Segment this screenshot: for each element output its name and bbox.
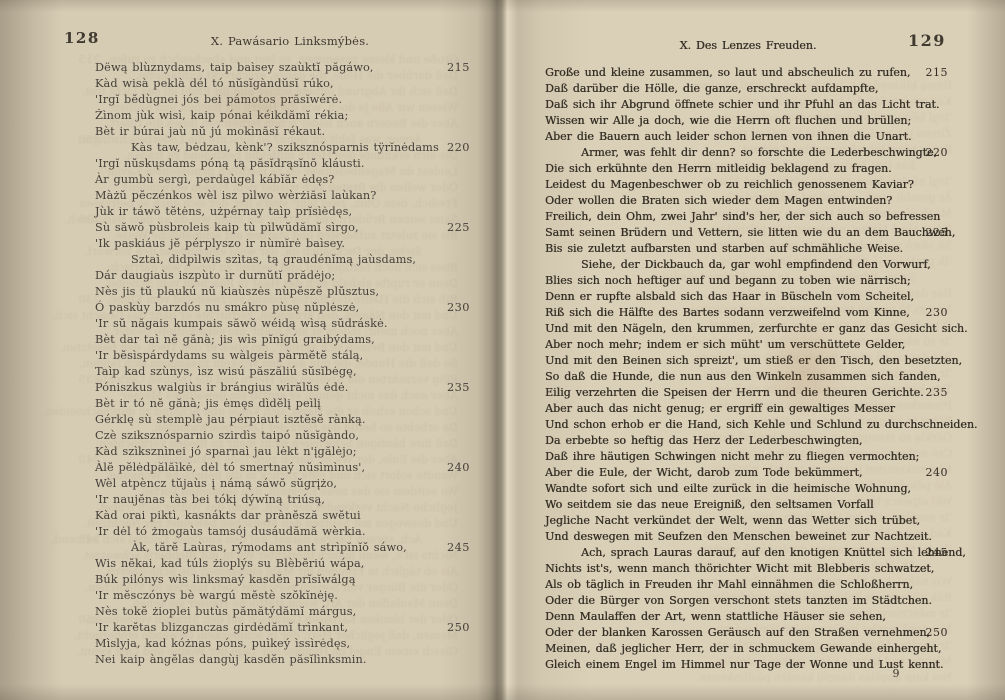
page-edge-shadow-top [0,0,1005,12]
verse-line: Aber noch mehr; indem er sich müht' um v… [545,337,948,353]
poem-right-german: Große und kleine zusammen, so laut und a… [545,65,948,673]
verse-line: So daß die Hunde, die nun aus den Winkel… [545,369,948,385]
verse-text: 'Irgĭ nŭskųsdams póną tą păsĭdrąsĭnŏ klá… [95,157,365,170]
page-edge-shadow-left [0,0,62,700]
verse-line: Kàd szìksznìnei jó sparnaì jau lėkt n'įg… [95,444,470,460]
verse-text: Gleich einem Engel im Himmel nur Tage de… [545,658,943,671]
verse-line: Leidest du Magenbeschwer ob zu reichlich… [545,177,948,193]
verse-line: Sztaì, didpìlwis szìtas, tą graudénĭmą j… [95,252,470,268]
verse-text: Czè sziksznósparnio szirdìs taipó nŭsĭgà… [95,429,359,442]
verse-text: Oder der blanken Karossen Geräusch auf d… [545,626,930,639]
verse-text: Wandte sofort sich und eilte zurück in d… [545,482,911,495]
verse-text: Dëwą blùznydams, taip baìsey szaùktĭ păg… [95,61,374,74]
verse-text: 'Ir dėl tó żmogaùs tamsój dusáudămă wèrk… [95,525,366,538]
verse-line: Da erbebte so heftig das Herz der Lederb… [545,433,948,449]
running-title-right: X. Des Lenzes Freuden. [558,39,938,52]
verse-line: Aber die Bauern auch leider schon lernen… [545,129,948,145]
verse-text: Bèt dar taì nĕ gănà; jis wìs pĭnĭgú grai… [95,333,375,346]
verse-line-number: 240 [447,460,470,476]
verse-text: Oder wollen die Braten sich wieder dem M… [545,194,892,207]
verse-line: Żìnom jùk wisì, kaip pónai kéikdămĭ réki… [95,108,470,124]
verse-line: Oder wollen die Braten sich wieder dem M… [545,193,948,209]
verse-text: Aber die Eule, der Wicht, darob zum Tode… [545,466,862,479]
verse-text: Màżŭ pĕczénkos wèl isz pìlwo wèrżiăsĭ la… [95,189,376,202]
verse-line: Czè sziksznósparnio szirdìs taipó nŭsĭgà… [95,428,470,444]
verse-text: Nei kaip àngĕlas dangùj kasdĕn păsĭlìnks… [95,653,367,666]
verse-line: 'Irgĭ nŭskųsdams póną tą păsĭdrąsĭnŏ klá… [95,156,470,172]
verse-line: Àlĕ pĕlėdpălăìkė, dėl tó smertnaý nŭsìmì… [95,460,470,476]
verse-line-number: 215 [447,60,470,76]
verse-line: Wo seitdem sie das neue Ereigniß, den se… [545,497,948,513]
verse-text: Daß sich ihr Abgrund öffnete schier und … [545,98,939,111]
verse-line: Wandte sofort sich und eilte zurück in d… [545,481,948,497]
verse-line-number: 230 [926,305,949,321]
verse-line: Oder die Bürger von Sorgen verschont ste… [545,593,948,609]
verse-line: Große und kleine zusammen, so laut und a… [545,65,948,81]
verse-line: Gérklę sù stemplè jau pérpiaut isztĕsĕ r… [95,412,470,428]
verse-line: Wissen wir Alle ja doch, wie die Herrn o… [545,113,948,129]
verse-line-number: 250 [926,625,949,641]
page-number-right: 129 [908,31,946,50]
verse-text: Sù săwŏ pùsbroleis kaip tù pìlwŭdămĭ sìr… [95,221,359,234]
verse-line: Sù săwŏ pùsbroleis kaip tù pìlwŭdămĭ sìr… [95,220,470,236]
verse-line-number: 245 [447,540,470,556]
verse-line: Dëwą blùznydams, taip baìsey szaùktĭ păg… [95,60,470,76]
verse-text: Und schon erhob er die Hand, sich Kehle … [545,418,977,431]
verse-line-number: 225 [447,220,470,236]
verse-line: Aber auch das nicht genug; er ergriff ei… [545,401,948,417]
verse-line: Eilig verzehrten die Speisen der Herrn u… [545,385,948,401]
page-edge-shadow-right [967,0,1005,700]
verse-text: Wo seitdem sie das neue Ereigniß, den se… [545,498,874,511]
verse-line: 'Irgĭ bĕdùgnei jós bei pámotos prăsĭwérė… [95,92,470,108]
verse-line: Ach, sprach Lauras darauf, auf den knoti… [545,545,948,561]
verse-text: Meinen, daß jeglicher Herr, der in schmu… [545,642,941,655]
verse-text: Mìslyja, kad kóżnas póns, puìkeý ìssìrėd… [95,637,350,650]
verse-line: Als ob täglich in Freuden ihr Mahl einnä… [545,577,948,593]
verse-text: Freilich, dein Ohm, zwei Jahr' sind's he… [545,210,940,223]
verse-text: Da erbebte so heftig das Herz der Lederb… [545,434,862,447]
page-number-left: 128 [64,29,100,47]
verse-text: Und mit den Beinen sich spreizt', um sti… [545,354,962,367]
verse-text: Jegliche Nacht verkündet der Welt, wenn … [545,514,920,527]
verse-text: Daß ihre häutigen Schwingen nicht mehr z… [545,450,919,463]
verse-text: Daß darüber die Hölle, die ganze, erschr… [545,82,878,95]
verse-line-number: 235 [926,385,949,401]
verse-line: Kàs taw, bėdzau, kènk'? sziksznósparnis … [95,140,470,156]
verse-line-number: 250 [447,620,470,636]
verse-line: Bèt ir búrai jaù nŭ jú mokìnăsĭ rékaut. [95,124,470,140]
verse-text: Żìnom jùk wisì, kaip pónai kéikdămĭ réki… [95,109,348,122]
verse-line: 'Ir naujĕnas tàs bei tókį dýwĭną triúsą, [95,492,470,508]
verse-text: Und deswegen mit Seufzen den Menschen be… [545,530,932,543]
verse-line: Samt seinen Brüdern und Vettern, sie lit… [545,225,948,241]
verse-text: Denn er rupfte alsbald sich das Haar in … [545,290,914,303]
verse-text: Leidest du Magenbeschwer ob zu reichlich… [545,178,914,191]
verse-line: Dár daugiaùs iszpùto ìr durnŭtĭ prădėjo; [95,268,470,284]
verse-line: Die sich erkühnte den Herrn mitleidig be… [545,161,948,177]
verse-line: Armer, was fehlt dir denn? so forschte d… [545,145,948,161]
verse-text: Armer, was fehlt dir denn? so forschte d… [581,146,937,159]
verse-line: Nès jis tŭ plaukú nŭ kiaùszės nùpĕszĕ pl… [95,284,470,300]
verse-text: Große und kleine zusammen, so laut und a… [545,66,910,79]
verse-text: Blies sich noch heftiger auf und begann … [545,274,911,287]
verse-line: Daß ihre häutigen Schwingen nicht mehr z… [545,449,948,465]
verse-line: Jùk ir táwŏ tĕtėns, użpérnay taìp prĭsìė… [95,204,470,220]
verse-text: Dár daugiaùs iszpùto ìr durnŭtĭ prădėjo; [95,269,335,282]
verse-line: Màżŭ pĕczénkos wèl isz pìlwo wèrżiăsĭ la… [95,188,470,204]
verse-line: Und mit den Beinen sich spreizt', um sti… [545,353,948,369]
verse-text: Kàs taw, bėdzau, kènk'? sziksznósparnis … [131,141,439,154]
verse-text: Sztaì, didpìlwis szìtas, tą graudénĭmą j… [131,253,416,266]
verse-text: So daß die Hunde, die nun aus den Winkel… [545,370,940,383]
verse-line: 'Ik paskiáus jĕ pérplyszo ir nùmĭrė baìs… [95,236,470,252]
verse-text: Aber die Bauern auch leider schon lernen… [545,130,912,143]
verse-line-number: 240 [926,465,949,481]
verse-line: Siehe, der Dickbauch da, gar wohl empfin… [545,257,948,273]
verse-line: Póniszkus walgiùs ir brángius wirălŭs ėd… [95,380,470,396]
book-spread-scan: { "colors": { "paper": "#d6cbb3", "ink_l… [0,0,1005,700]
verse-line: Und schon erhob er die Hand, sich Kehle … [545,417,948,433]
verse-text: Wis nĕkai, kad túls żioplýs su Blèbĕriú … [95,557,364,570]
verse-line: Nichts ist's, wenn manch thörichter Wich… [545,561,948,577]
verse-text: 'Ir bĕsìspárdydams su wàlgeis pàrmĕtĕ st… [95,349,363,362]
verse-text: Und mit den Nägeln, den krummen, zerfurc… [545,322,967,335]
verse-line: Kàd wisà peklà dél tó nŭsĭgàndŭsĭ rúko, [95,76,470,92]
verse-line: Riß sich die Hälfte des Bartes sodann ve… [545,305,948,321]
verse-text: Àk, tărĕ Laùras, rýmodams ant strìpĭnĭŏ … [131,541,407,554]
verse-text: 'Ir naujĕnas tàs bei tókį dýwĭną triúsą, [95,493,325,506]
verse-text: 'Irgĭ bĕdùgnei jós bei pámotos prăsĭwérė… [95,93,342,106]
verse-line: 'Ir dėl tó żmogaùs tamsój dusáudămă wèrk… [95,524,470,540]
verse-line-number: 220 [447,140,470,156]
verse-line: Kàd orai piktì, kasnákts dar prànĕsză sw… [95,508,470,524]
verse-text: Eilig verzehrten die Speisen der Herrn u… [545,386,924,399]
verse-line: 'Ir bĕsìspárdydams su wàlgeis pàrmĕtĕ st… [95,348,470,364]
verse-text: Aber auch das nicht genug; er ergriff ei… [545,402,895,415]
verse-text: Riß sich die Hälfte des Bartes sodann ve… [545,306,910,319]
poem-left-lithuanian: Dëwą blùznydams, taip baìsey szaùktĭ păg… [95,60,470,668]
signature-mark: 9 [886,667,906,680]
verse-text: Ach, sprach Lauras darauf, auf den knoti… [581,546,966,559]
verse-text: Die sich erkühnte den Herrn mitleidig be… [545,162,892,175]
verse-text: Nichts ist's, wenn manch thörichter Wich… [545,562,934,575]
verse-line: Ó paskùy barzdós nu smákro pùsę nŭplėszė… [95,300,470,316]
verse-text: 'Ir sŭ năgais kumpais săwŏ wéidą wìsą sŭ… [95,317,388,330]
verse-line: Nei kaip àngĕlas dangùj kasdĕn păsĭlìnks… [95,652,470,668]
verse-text: 'Ir mĕsczónys bè wargú mĕstè szŏkĭnėję. [95,589,338,602]
verse-text: Kàd orai piktì, kasnákts dar prànĕsză sw… [95,509,361,522]
verse-line-number: 215 [926,65,949,81]
verse-line: Jegliche Nacht verkündet der Welt, wenn … [545,513,948,529]
verse-line: Aber die Eule, der Wicht, darob zum Tode… [545,465,948,481]
verse-text: Kàd wisà peklà dél tó nŭsĭgàndŭsĭ rúko, [95,77,334,90]
verse-text: Taìp kad szùnys, ìsz wisú păszăliú sŭsĭb… [95,365,357,378]
verse-line: Freilich, dein Ohm, zwei Jahr' sind's he… [545,209,948,225]
verse-line: 'Ir sŭ năgais kumpais săwŏ wéidą wìsą sŭ… [95,316,470,332]
verse-line: Denn er rupfte alsbald sich das Haar in … [545,289,948,305]
page-edge-shadow-bottom [0,684,1005,700]
verse-text: Kàd szìksznìnei jó sparnaì jau lėkt n'įg… [95,445,357,458]
verse-text: Gérklę sù stemplè jau pérpiaut isztĕsĕ r… [95,413,366,426]
verse-text: Nès jis tŭ plaukú nŭ kiaùszės nùpĕszĕ pl… [95,285,379,298]
verse-line-number: 235 [447,380,470,396]
verse-line: Wèl atpèncz tŭjaùs į námą sáwŏ sŭgrįżo, [95,476,470,492]
verse-line: Àk, tărĕ Laùras, rýmodams ant strìpĭnĭŏ … [95,540,470,556]
verse-line: Bèt ir tó nĕ gănà; jis ėmęs dìdĕlį peìlį [95,396,470,412]
verse-line-number: 220 [926,145,949,161]
verse-line: Taìp kad szùnys, ìsz wisú păszăliú sŭsĭb… [95,364,470,380]
verse-line: Daß darüber die Hölle, die ganze, erschr… [545,81,948,97]
verse-text: Samt seinen Brüdern und Vettern, sie lit… [545,226,955,239]
verse-line: Und deswegen mit Seufzen den Menschen be… [545,529,948,545]
verse-line: 'Ir mĕsczónys bè wargú mĕstè szŏkĭnėję. [95,588,470,604]
verse-line: Wis nĕkai, kad túls żioplýs su Blèbĕriú … [95,556,470,572]
running-title-left: X. Pawásario Linksmýbės. [110,34,470,48]
verse-line: Bèt dar taì nĕ gănà; jis wìs pĭnĭgú grai… [95,332,470,348]
verse-line: Denn Maulaffen der Art, wenn stattliche … [545,609,948,625]
verse-line: Nès tokĕ żioplei butùs pămătýdămĭ márgus… [95,604,470,620]
verse-line: Oder der blanken Karossen Geräusch auf d… [545,625,948,641]
verse-line: Und mit den Nägeln, den krummen, zerfurc… [545,321,948,337]
verse-line-number: 245 [926,545,949,561]
verse-text: Wissen wir Alle ja doch, wie die Herrn o… [545,114,911,127]
verse-line: Bis sie zuletzt aufbarsten und starben a… [545,241,948,257]
verse-line: Daß sich ihr Abgrund öffnete schier und … [545,97,948,113]
verse-text: Bèt ir búrai jaù nŭ jú mokìnăsĭ rékaut. [95,125,325,138]
verse-line: Meinen, daß jeglicher Herr, der in schmu… [545,641,948,657]
verse-line: Mìslyja, kad kóżnas póns, puìkeý ìssìrėd… [95,636,470,652]
verse-text: 'Ik paskiáus jĕ pérplyszo ir nùmĭrė baìs… [95,237,345,250]
verse-text: Als ob täglich in Freuden ihr Mahl einnä… [545,578,913,591]
verse-text: Ó paskùy barzdós nu smákro pùsę nŭplėszė… [95,301,359,314]
verse-text: Búk pilónys wìs linksmaý kasdĕn prĭsĭwál… [95,573,356,586]
verse-text: Denn Maulaffen der Art, wenn stattliche … [545,610,886,623]
verse-line-number: 225 [926,225,949,241]
verse-line: 'Ir karĕtas blizganczas girdėdămĭ trìnka… [95,620,470,636]
verse-text: Àlĕ pĕlėdpălăìkė, dėl tó smertnaý nŭsìmì… [95,461,365,474]
verse-text: Nès tokĕ żioplei butùs pămătýdămĭ márgus… [95,605,356,618]
verse-line-number: 230 [447,300,470,316]
verse-text: Àr gumbù sergì, perdaùgel kábĭăr ėdęs? [95,173,334,186]
verse-text: 'Ir karĕtas blizganczas girdėdămĭ trìnka… [95,621,348,634]
verse-text: Siehe, der Dickbauch da, gar wohl empfin… [581,258,931,271]
verse-line: Àr gumbù sergì, perdaùgel kábĭăr ėdęs? [95,172,470,188]
verse-line: Blies sich noch heftiger auf und begann … [545,273,948,289]
verse-text: Oder die Bürger von Sorgen verschont ste… [545,594,932,607]
verse-text: Wèl atpèncz tŭjaùs į námą sáwŏ sŭgrįżo, [95,477,337,490]
verse-text: Aber noch mehr; indem er sich müht' um v… [545,338,905,351]
verse-line: Búk pilónys wìs linksmaý kasdĕn prĭsĭwál… [95,572,470,588]
verse-text: Póniszkus walgiùs ir brángius wirălŭs ėd… [95,381,348,394]
verse-text: Bis sie zuletzt aufbarsten und starben a… [545,242,903,255]
verse-text: Bèt ir tó nĕ gănà; jis ėmęs dìdĕlį peìlį [95,397,321,410]
verse-text: Jùk ir táwŏ tĕtėns, użpérnay taìp prĭsìė… [95,205,352,218]
